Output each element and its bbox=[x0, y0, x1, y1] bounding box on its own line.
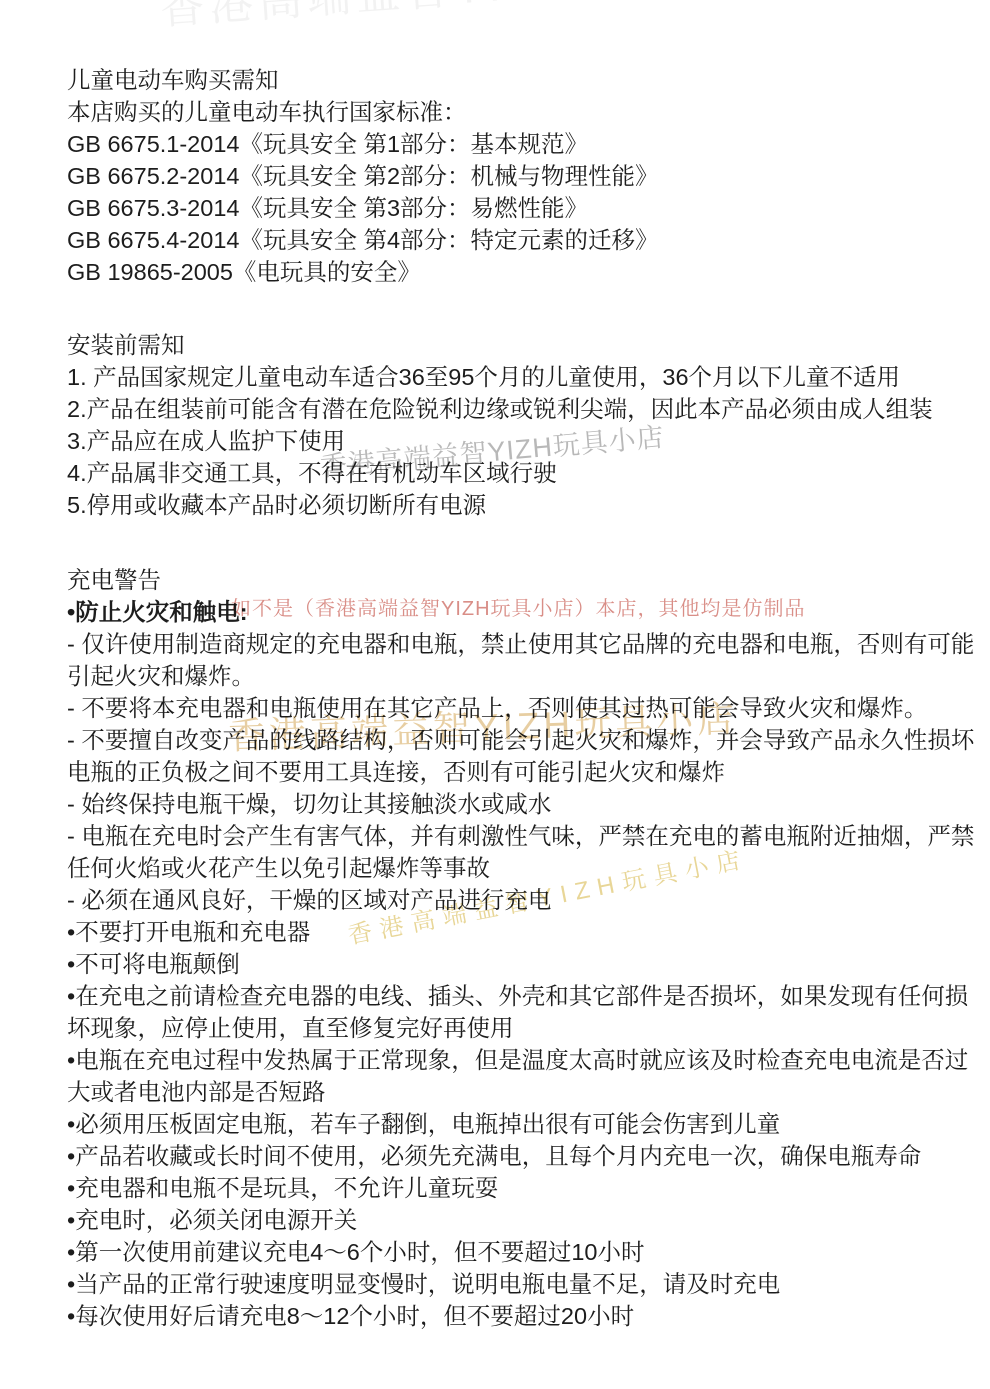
text-line: •充电器和电瓶不是玩具，不允许儿童玩耍 bbox=[67, 1172, 947, 1204]
text-line: •不可将电瓶颠倒 bbox=[67, 948, 947, 980]
text-line: 本店购买的儿童电动车执行国家标准： bbox=[67, 96, 947, 128]
watermark-top-ghost: 香港高端益智YIZH玩具小店 bbox=[158, 0, 771, 37]
text-line: - 必须在通风良好，干燥的区域对产品进行充电 bbox=[67, 884, 947, 916]
text-line: 电瓶的正负极之间不要用工具连接，否则有可能引起火灾和爆炸 bbox=[67, 756, 947, 788]
text-line: 大或者电池内部是否短路 bbox=[67, 1076, 947, 1108]
text-line: 5.停用或收藏本产品时必须切断所有电源 bbox=[67, 489, 947, 521]
text-line: •不要打开电瓶和充电器 bbox=[67, 916, 947, 948]
text-line: - 不要擅自改变产品的线路结构，否则可能会引起火灾和爆炸，并会导致产品永久性损坏 bbox=[67, 724, 947, 756]
text-line: - 电瓶在充电时会产生有害气体，并有刺激性气味，严禁在充电的蓄电瓶附近抽烟，严禁 bbox=[67, 820, 947, 852]
section-purchase-standards: 儿童电动车购买需知 本店购买的儿童电动车执行国家标准： GB 6675.1-20… bbox=[67, 64, 947, 288]
text-line: •每次使用好后请充电8～12个小时，但不要超过20小时 bbox=[67, 1300, 947, 1332]
text-line: - 不要将本充电器和电瓶使用在其它产品上，否则使其过热可能会导致火灾和爆炸。 bbox=[67, 692, 947, 724]
text-line: 1. 产品国家规定儿童电动车适合36至95个月的儿童使用，36个月以下儿童不适用 bbox=[67, 361, 947, 393]
text-line: - 仅许使用制造商规定的充电器和电瓶，禁止使用其它品牌的充电器和电瓶，否则有可能 bbox=[67, 628, 947, 660]
text-line: •必须用压板固定电瓶，若车子翻倒，电瓶掉出很有可能会伤害到儿童 bbox=[67, 1108, 947, 1140]
text-line-emphasis: •防止火灾和触电: bbox=[67, 596, 947, 628]
text-line: •电瓶在充电过程中发热属于正常现象，但是温度太高时就应该及时检查充电电流是否过 bbox=[67, 1044, 947, 1076]
document-page: 儿童电动车购买需知 本店购买的儿童电动车执行国家标准： GB 6675.1-20… bbox=[0, 0, 990, 1389]
text-line: GB 6675.3-2014《玩具安全 第3部分：易燃性能》 bbox=[67, 192, 947, 224]
text-line: •充电时，必须关闭电源开关 bbox=[67, 1204, 947, 1236]
text-line: •当产品的正常行驶速度明显变慢时，说明电瓶电量不足，请及时充电 bbox=[67, 1268, 947, 1300]
text-line: 坏现象，应停止使用，直至修复完好再使用 bbox=[67, 1012, 947, 1044]
text-line: •产品若收藏或长时间不使用，必须先充满电，且每个月内充电一次，确保电瓶寿命 bbox=[67, 1140, 947, 1172]
text-line: GB 6675.1-2014《玩具安全 第1部分：基本规范》 bbox=[67, 128, 947, 160]
text-line: 任何火焰或火花产生以免引起爆炸等事故 bbox=[67, 852, 947, 884]
text-line: 3.产品应在成人监护下使用 bbox=[67, 425, 947, 457]
text-line: •第一次使用前建议充电4～6个小时，但不要超过10小时 bbox=[67, 1236, 947, 1268]
section-title: 安装前需知 bbox=[67, 329, 947, 361]
text-line: •在充电之前请检查充电器的电线、插头、外壳和其它部件是否损坏，如果发现有任何损 bbox=[67, 980, 947, 1012]
text-line: 引起火灾和爆炸。 bbox=[67, 660, 947, 692]
text-line: 2.产品在组装前可能含有潜在危险锐利边缘或锐利尖端，因此本产品必须由成人组装 bbox=[67, 393, 947, 425]
section-title: 充电警告 bbox=[67, 564, 947, 596]
text-line: - 始终保持电瓶干燥，切勿让其接触淡水或咸水 bbox=[67, 788, 947, 820]
text-line: 4.产品属非交通工具，不得在有机动车区域行驶 bbox=[67, 457, 947, 489]
text-line: GB 6675.2-2014《玩具安全 第2部分：机械与物理性能》 bbox=[67, 160, 947, 192]
text-line: GB 19865-2005《电玩具的安全》 bbox=[67, 256, 947, 288]
section-pre-install-notice: 安装前需知 1. 产品国家规定儿童电动车适合36至95个月的儿童使用，36个月以… bbox=[67, 329, 947, 521]
document-content: 儿童电动车购买需知 本店购买的儿童电动车执行国家标准： GB 6675.1-20… bbox=[67, 64, 947, 1332]
section-charging-warning: 充电警告 •防止火灾和触电: - 仅许使用制造商规定的充电器和电瓶，禁止使用其它… bbox=[67, 564, 947, 1332]
page-title: 儿童电动车购买需知 bbox=[67, 64, 947, 96]
text-line: GB 6675.4-2014《玩具安全 第4部分：特定元素的迁移》 bbox=[67, 224, 947, 256]
